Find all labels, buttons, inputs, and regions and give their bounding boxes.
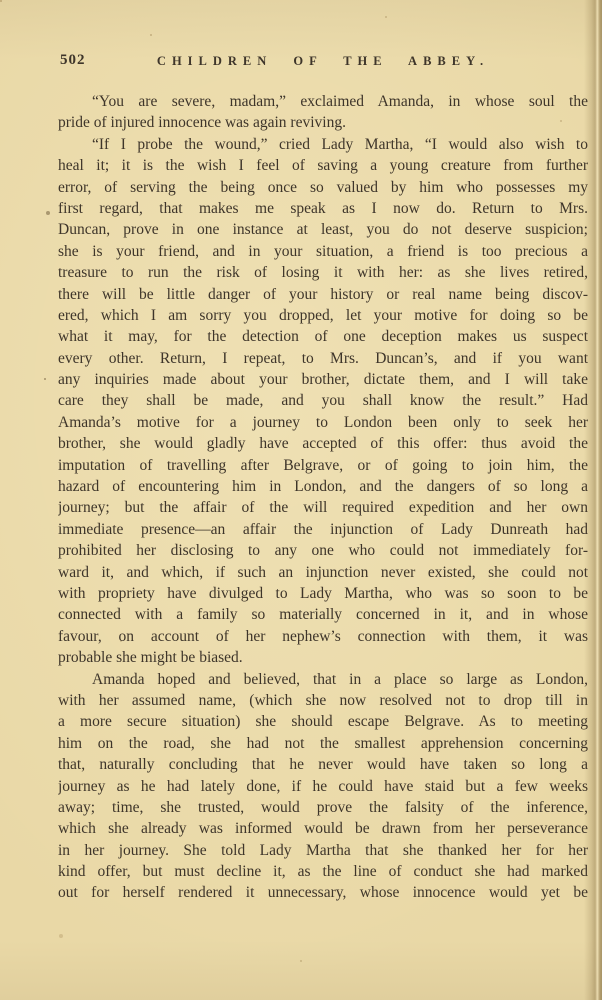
page-body: “You are severe, madam,” exclaimed Amand…	[58, 91, 588, 904]
text-line: brother, she would gladly have accepted …	[58, 433, 588, 454]
paragraph: Amanda hoped and believed, that in a pla…	[58, 669, 588, 904]
text-line: “You are severe, madam,” exclaimed Amand…	[58, 91, 588, 112]
text-line: Duncan, prove in one instance at least, …	[58, 219, 588, 240]
text-line: a more secure situation) she should esca…	[58, 711, 588, 732]
page-number: 502	[60, 52, 86, 69]
text-line: away; time, she trusted, would prove the…	[58, 797, 588, 818]
text-line: imputation of travelling after Belgrave,…	[58, 455, 588, 476]
text-line: prohibited her disclosing to any one who…	[58, 540, 588, 561]
text-line: kind offer, but must decline it, as the …	[58, 861, 588, 882]
text-line: that, naturally concluding that he never…	[58, 754, 588, 775]
text-line: treasure to run the risk of losing it wi…	[58, 262, 588, 283]
text-line: in her journey. She told Lady Martha tha…	[58, 840, 588, 861]
running-title: CHILDREN OF THE ABBEY.	[157, 54, 489, 69]
book-page: 502 CHILDREN OF THE ABBEY. “You are seve…	[0, 0, 602, 1000]
text-line: every other. Return, I repeat, to Mrs. D…	[58, 348, 588, 369]
text-line: favour, on account of her nephew’s conne…	[58, 626, 588, 647]
text-line: she is your friend, and in your situatio…	[58, 241, 588, 262]
text-line: care they shall be made, and you shall k…	[58, 390, 588, 411]
text-line: there will be little danger of your hist…	[58, 284, 588, 305]
text-line: what it may, for the detection of one de…	[58, 326, 588, 347]
text-line: with her assumed name, (which she now re…	[58, 690, 588, 711]
paragraph: “If I probe the wound,” cried Lady Marth…	[58, 134, 588, 669]
text-line: Amanda’s motive for a journey to London …	[58, 412, 588, 433]
text-line: probable she might be biased.	[58, 647, 588, 668]
text-line: out for herself rendered it unnecessary,…	[58, 882, 588, 903]
paragraph: “You are severe, madam,” exclaimed Amand…	[58, 91, 588, 134]
text-line: ered, which I am sorry you dropped, let …	[58, 305, 588, 326]
page-header: 502 CHILDREN OF THE ABBEY.	[58, 52, 588, 72]
text-line: pride of injured innocence was again rev…	[58, 112, 588, 133]
text-line: any inquiries made about your brother, d…	[58, 369, 588, 390]
text-line: him on the road, she had not the smalles…	[58, 733, 588, 754]
text-line: journey as he had lately done, if he cou…	[58, 776, 588, 797]
text-line: heal it; it is the wish I feel of saving…	[58, 155, 588, 176]
text-line: hazard of encountering him in London, an…	[58, 476, 588, 497]
text-line: connected with a family so materially co…	[58, 604, 588, 625]
text-line: first regard, that makes me speak as I n…	[58, 198, 588, 219]
text-line: “If I probe the wound,” cried Lady Marth…	[58, 134, 588, 155]
text-line: immediate presence—an affair the injunct…	[58, 519, 588, 540]
text-line: ward it, and which, if such an injunctio…	[58, 562, 588, 583]
page-edge-shadow	[584, 0, 602, 1000]
text-line: Amanda hoped and believed, that in a pla…	[58, 669, 588, 690]
text-line: journey; but the affair of the will requ…	[58, 497, 588, 518]
text-line: error, of serving the being once so valu…	[58, 177, 588, 198]
paper-foxing-specks	[0, 0, 2, 2]
text-line: which she already was informed would be …	[58, 818, 588, 839]
text-line: with propriety have divulged to Lady Mar…	[58, 583, 588, 604]
